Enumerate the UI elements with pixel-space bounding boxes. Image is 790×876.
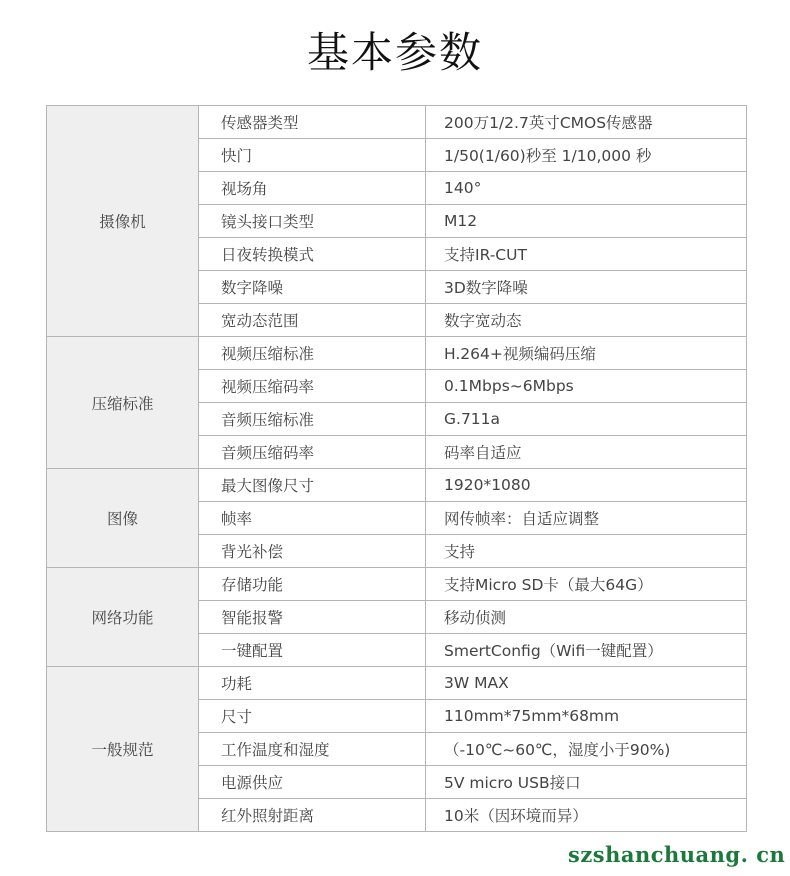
param-value: 200万1/2.7英寸CMOS传感器 bbox=[426, 106, 747, 139]
param-label: 镜头接口类型 bbox=[199, 205, 426, 238]
param-label: 数字降噪 bbox=[199, 271, 426, 304]
param-value: 5V micro USB接口 bbox=[426, 766, 747, 799]
param-label: 尺寸 bbox=[199, 700, 426, 733]
param-value: H.264+视频编码压缩 bbox=[426, 337, 747, 370]
param-value: G.711a bbox=[426, 403, 747, 436]
param-label: 存储功能 bbox=[199, 568, 426, 601]
param-value: 支持Micro SD卡（最大64G） bbox=[426, 568, 747, 601]
param-value: 110mm*75mm*68mm bbox=[426, 700, 747, 733]
group-label-compression: 压缩标准 bbox=[47, 337, 199, 469]
param-value: （-10℃~60℃，湿度小于90%) bbox=[426, 733, 747, 766]
watermark: szshanchuang. cn bbox=[568, 842, 785, 867]
param-value: 移动侦测 bbox=[426, 601, 747, 634]
param-value: 支持 bbox=[426, 535, 747, 568]
param-value: 码率自适应 bbox=[426, 436, 747, 469]
page-title: 基本参数 bbox=[0, 20, 790, 80]
param-value: SmertConfig（Wifi一键配置） bbox=[426, 634, 747, 667]
table-row: 网络功能 存储功能 支持Micro SD卡（最大64G） bbox=[47, 568, 747, 601]
param-label: 电源供应 bbox=[199, 766, 426, 799]
param-value: 10米（因环境而异） bbox=[426, 799, 747, 832]
table-row: 摄像机 传感器类型 200万1/2.7英寸CMOS传感器 bbox=[47, 106, 747, 139]
param-value: 网传帧率：自适应调整 bbox=[426, 502, 747, 535]
param-value: 0.1Mbps~6Mbps bbox=[426, 370, 747, 403]
group-label-camera: 摄像机 bbox=[47, 106, 199, 337]
param-value: 1/50(1/60)秒至 1/10,000 秒 bbox=[426, 139, 747, 172]
param-label: 日夜转换模式 bbox=[199, 238, 426, 271]
spec-table: 摄像机 传感器类型 200万1/2.7英寸CMOS传感器 快门 1/50(1/6… bbox=[46, 105, 747, 832]
param-label: 视场角 bbox=[199, 172, 426, 205]
group-label-general: 一般规范 bbox=[47, 667, 199, 832]
param-label: 帧率 bbox=[199, 502, 426, 535]
param-label: 宽动态范围 bbox=[199, 304, 426, 337]
param-label: 最大图像尺寸 bbox=[199, 469, 426, 502]
param-label: 功耗 bbox=[199, 667, 426, 700]
param-value: 140° bbox=[426, 172, 747, 205]
param-value: 1920*1080 bbox=[426, 469, 747, 502]
param-label: 视频压缩标准 bbox=[199, 337, 426, 370]
param-value: 3D数字降噪 bbox=[426, 271, 747, 304]
param-label: 背光补偿 bbox=[199, 535, 426, 568]
param-value: M12 bbox=[426, 205, 747, 238]
table-row: 图像 最大图像尺寸 1920*1080 bbox=[47, 469, 747, 502]
param-label: 快门 bbox=[199, 139, 426, 172]
param-value: 数字宽动态 bbox=[426, 304, 747, 337]
group-label-network: 网络功能 bbox=[47, 568, 199, 667]
param-label: 智能报警 bbox=[199, 601, 426, 634]
param-label: 视频压缩码率 bbox=[199, 370, 426, 403]
param-label: 传感器类型 bbox=[199, 106, 426, 139]
param-label: 音频压缩码率 bbox=[199, 436, 426, 469]
param-value: 3W MAX bbox=[426, 667, 747, 700]
param-label: 红外照射距离 bbox=[199, 799, 426, 832]
group-label-image: 图像 bbox=[47, 469, 199, 568]
param-value: 支持IR-CUT bbox=[426, 238, 747, 271]
param-label: 音频压缩标准 bbox=[199, 403, 426, 436]
table-row: 一般规范 功耗 3W MAX bbox=[47, 667, 747, 700]
table-row: 压缩标准 视频压缩标准 H.264+视频编码压缩 bbox=[47, 337, 747, 370]
param-label: 一键配置 bbox=[199, 634, 426, 667]
param-label: 工作温度和湿度 bbox=[199, 733, 426, 766]
